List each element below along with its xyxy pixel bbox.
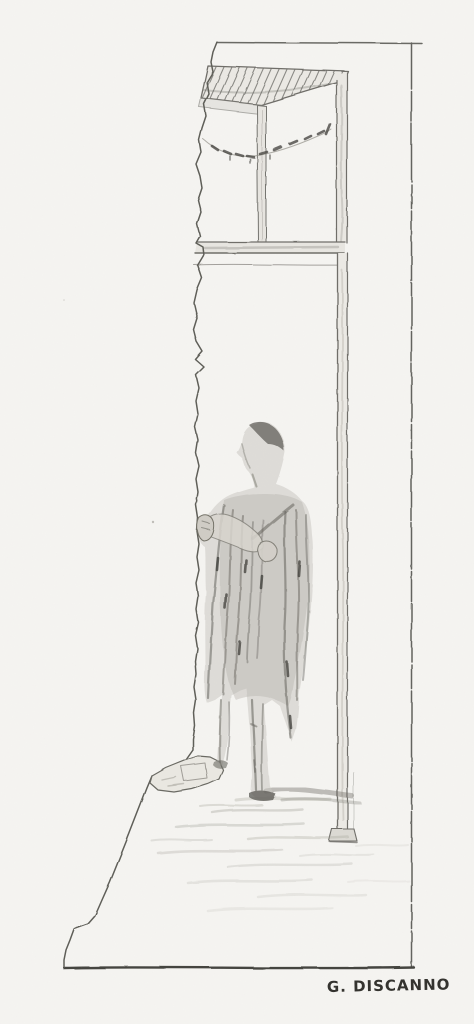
niche-central-post — [257, 105, 266, 243]
artist-signature: G. DISCANNO — [327, 975, 451, 996]
right-hand — [258, 542, 277, 562]
bottom-base-line — [64, 967, 414, 968]
pencil-drawing-page: G. DISCANNO — [0, 0, 474, 1024]
pencil-drawing: G. DISCANNO — [0, 0, 474, 1024]
top-border-line — [217, 43, 422, 44]
niche-right-post — [337, 73, 348, 243]
pilaster-base — [329, 829, 357, 841]
